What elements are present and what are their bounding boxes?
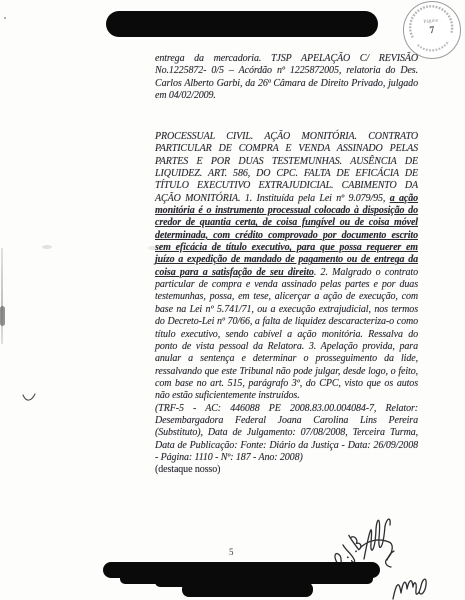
scan-artifact-blob bbox=[0, 306, 5, 326]
quote-paragraph-2: PROCESSUAL CIVIL. AÇÃO MONITÓRIA. CONTRA… bbox=[155, 131, 418, 403]
quote-paragraph-1: entrega da mercadoria. TJSP APELAÇÃO C/ … bbox=[155, 53, 418, 102]
footer-page-number: 5 bbox=[229, 547, 234, 557]
redaction-bar-top bbox=[106, 11, 378, 37]
scan-artifact-line bbox=[1, 248, 3, 344]
emphasis-note: (destaque nosso) bbox=[155, 464, 418, 476]
redaction-blob-bottom bbox=[100, 558, 390, 600]
scan-artifact-dot bbox=[4, 17, 6, 19]
scan-artifact-smudge bbox=[148, 246, 156, 250]
scan-artifact-curve bbox=[22, 392, 36, 404]
scan-artifact-smudge bbox=[42, 245, 52, 249]
case-citation: (TRF-5 - AC: 446088 PE 2008.83.00.004084… bbox=[155, 403, 418, 465]
scanned-document-page: Página 7 entrega da mercadoria. TJSP APE… bbox=[0, 0, 465, 600]
quote-paragraph-2-post: . 2. Malgrado o contrato particular de c… bbox=[155, 267, 418, 401]
highlighted-passage: a ação monitória é o instrumento process… bbox=[155, 193, 418, 278]
quote-paragraph-2-pre: PROCESSUAL CIVIL. AÇÃO MONITÓRIA. CONTRA… bbox=[155, 131, 418, 204]
handwritten-corner-scribble bbox=[391, 574, 433, 600]
quote-block-main: PROCESSUAL CIVIL. AÇÃO MONITÓRIA. CONTRA… bbox=[155, 131, 418, 477]
